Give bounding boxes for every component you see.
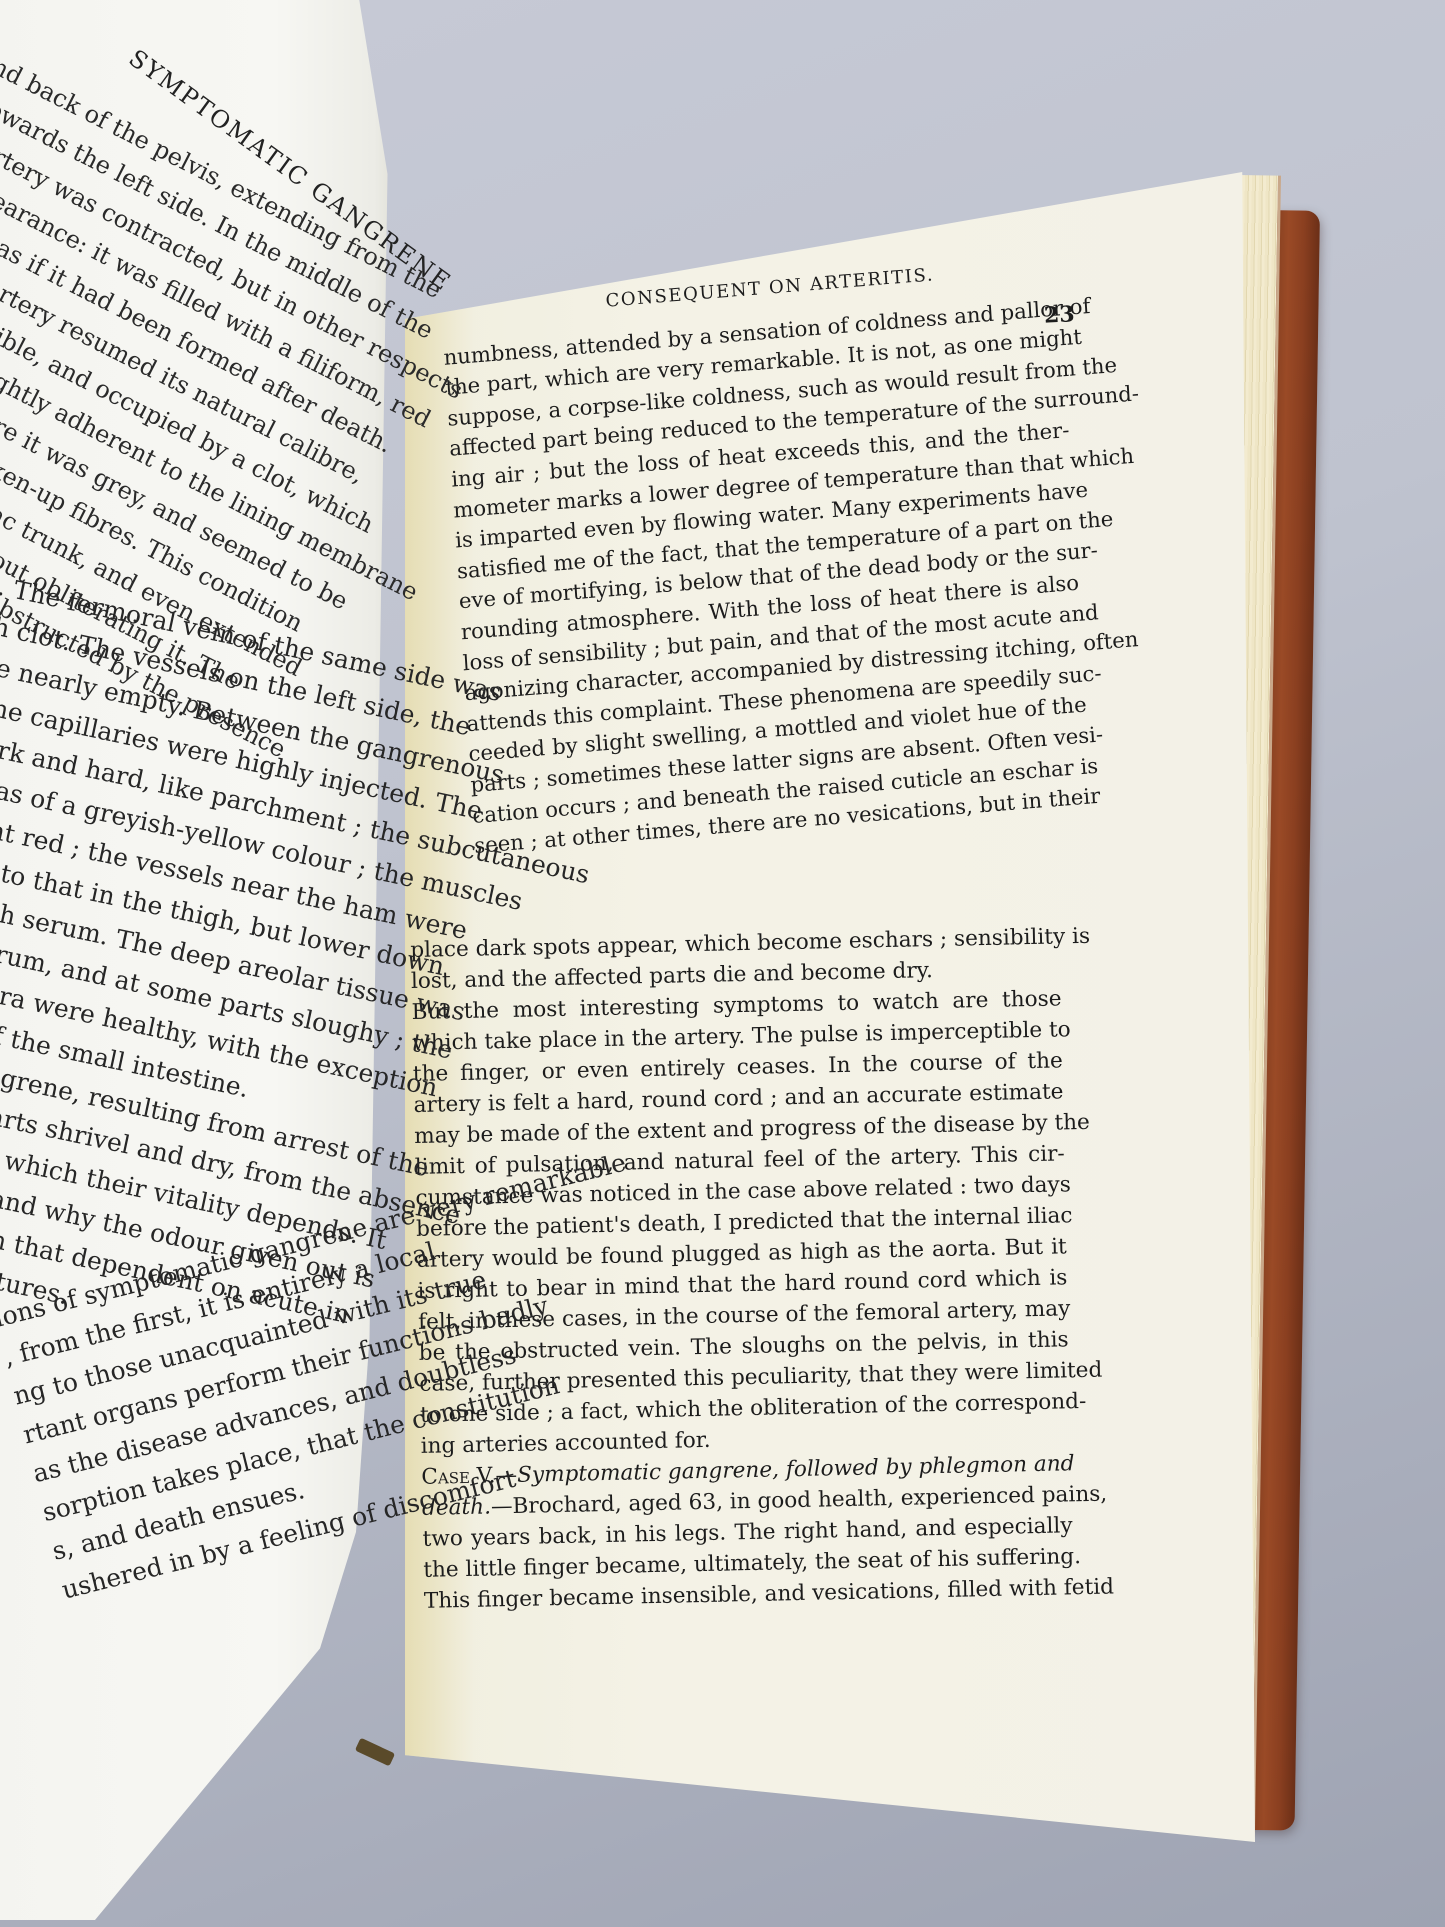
right-page-text-upper: CONSEQUENT ON ARTERITIS. numbness, atten… bbox=[440, 250, 1093, 861]
right-page-text-lower: place dark spots appear, which become es… bbox=[410, 921, 1074, 1616]
